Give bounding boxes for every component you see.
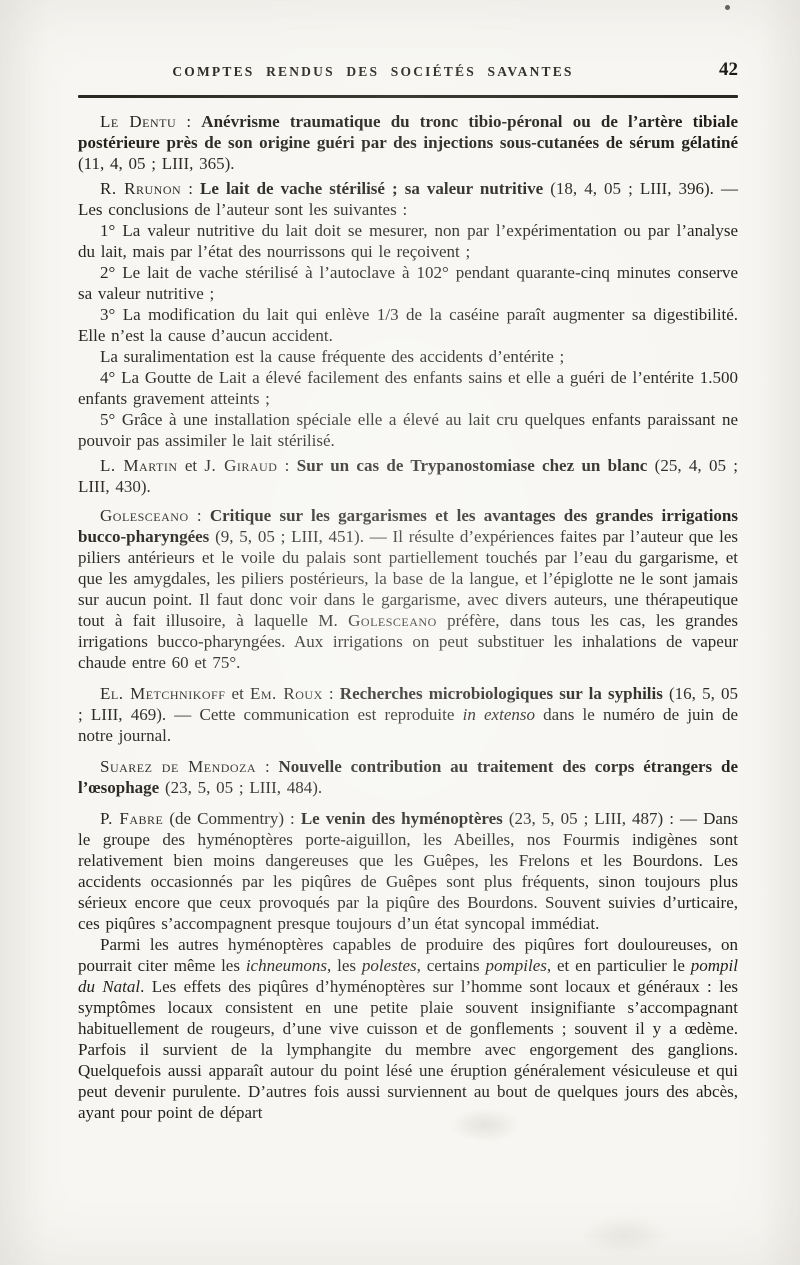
- paragraph: L. Martin et J. Giraud : Sur un cas de T…: [78, 455, 738, 497]
- text-segment: 4° La Goutte de Lait a élevé facilement …: [78, 368, 738, 408]
- paragraph: Parmi les autres hyménoptères capables d…: [78, 934, 738, 1123]
- paragraph: P. Fabre (de Commentry) : Le venin des h…: [78, 808, 738, 934]
- text-segment: , les: [327, 956, 362, 975]
- text-segment: Sur un cas de Trypanostomiase chez un bl…: [297, 456, 648, 475]
- text-segment: Recherches microbiologiques sur la syphi…: [340, 684, 663, 703]
- text-segment: Le venin des hyménoptères: [301, 809, 503, 828]
- paragraph: La suralimentation est la cause fréquent…: [78, 346, 738, 367]
- text-segment: Golesceano: [100, 506, 189, 525]
- text-segment: :: [277, 456, 296, 475]
- text-segment: polestes: [362, 956, 417, 975]
- paragraph: Golesceano : Critique sur les gargarisme…: [78, 505, 738, 673]
- text-segment: :: [189, 506, 210, 525]
- paragraph: Le Dentu : Anévrisme traumatique du tron…: [78, 111, 738, 174]
- page-body: Le Dentu : Anévrisme traumatique du tron…: [78, 111, 738, 1123]
- text-segment: , certains: [417, 956, 486, 975]
- text-segment: 5° Grâce à une installation spéciale ell…: [78, 410, 738, 450]
- paragraph: 4° La Goutte de Lait a élevé facilement …: [78, 367, 738, 409]
- text-segment: Em. Roux: [250, 684, 323, 703]
- journal-title: COMPTES RENDUS DES SOCIÉTÉS SAVANTES: [78, 64, 668, 80]
- text-segment: ichneumons: [246, 956, 327, 975]
- paragraph: 5° Grâce à une installation spéciale ell…: [78, 409, 738, 451]
- journal-page: COMPTES RENDUS DES SOCIÉTÉS SAVANTES 42 …: [0, 0, 800, 1265]
- text-segment: 2° Le lait de vache stérilisé à l’autocl…: [78, 263, 738, 303]
- text-segment: 3° La modification du lait qui enlève 1/…: [78, 305, 738, 345]
- text-segment: pompiles: [485, 956, 546, 975]
- text-segment: in extenso: [463, 705, 535, 724]
- text-segment: (11, 4, 05 ; LIII, 365).: [78, 154, 235, 173]
- page-number: 42: [719, 59, 738, 81]
- text-segment: et: [225, 684, 250, 703]
- text-segment: et: [178, 456, 205, 475]
- text-segment: L. Martin: [100, 456, 178, 475]
- header-rule: [78, 95, 738, 98]
- text-segment: . Les effets des piqûres d’hyménoptères …: [78, 977, 738, 1122]
- paragraph: R. Rrunon : Le lait de vache stérilisé ;…: [78, 178, 738, 220]
- text-segment: (23, 5, 05 ; LIII, 484).: [159, 778, 322, 797]
- text-segment: Le lait de vache stérilisé ; sa valeur n…: [200, 179, 543, 198]
- text-segment: 1° La valeur nutritive du lait doit se m…: [78, 221, 738, 261]
- page-content: COMPTES RENDUS DES SOCIÉTÉS SAVANTES 42 …: [78, 62, 738, 1123]
- paragraph: El. Metchnikoff et Em. Roux : Recherches…: [78, 683, 738, 746]
- text-segment: P. Fabre: [100, 809, 163, 828]
- paragraph: 1° La valeur nutritive du lait doit se m…: [78, 220, 738, 262]
- page-header: COMPTES RENDUS DES SOCIÉTÉS SAVANTES 42: [78, 62, 738, 88]
- text-segment: Le Dentu: [100, 112, 176, 131]
- text-segment: Golesceano: [348, 611, 437, 630]
- text-segment: R. Rrunon: [100, 179, 181, 198]
- text-segment: El. Metchnikoff: [100, 684, 225, 703]
- paragraph: 2° Le lait de vache stérilisé à l’autocl…: [78, 262, 738, 304]
- text-segment: :: [176, 112, 201, 131]
- text-segment: :: [256, 757, 278, 776]
- text-segment: (de Commentry) :: [163, 809, 300, 828]
- smudge-artifact: [580, 1215, 670, 1255]
- ink-dot-artifact: [725, 5, 730, 10]
- text-segment: Suarez de Mendoza: [100, 757, 256, 776]
- text-segment: :: [181, 179, 200, 198]
- paragraph: Suarez de Mendoza : Nouvelle contributio…: [78, 756, 738, 798]
- paragraph: 3° La modification du lait qui enlève 1/…: [78, 304, 738, 346]
- text-segment: :: [323, 684, 340, 703]
- text-segment: J. Giraud: [204, 456, 277, 475]
- text-segment: La suralimentation est la cause fréquent…: [100, 347, 564, 366]
- text-segment: , et en particulier le: [547, 956, 691, 975]
